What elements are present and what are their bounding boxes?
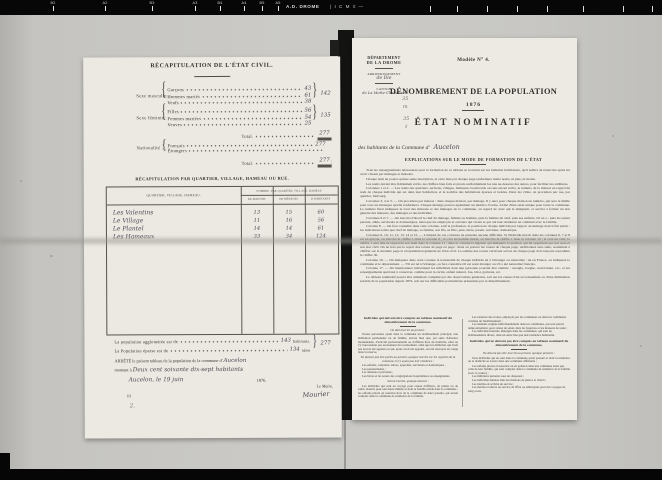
table-row-name: Le Village xyxy=(113,217,143,224)
dust-speck xyxy=(20,180,22,182)
agglomeree-value: 143 xyxy=(281,338,291,344)
column-header-habitants: D'HABITANTS xyxy=(305,197,337,200)
row-value: 25 xyxy=(305,121,312,127)
dotted-leader xyxy=(180,340,279,343)
date-year: 1876. xyxy=(257,378,267,383)
dotted-leader xyxy=(186,88,302,92)
tick-mark-icon xyxy=(487,6,488,12)
subtitle-etat-nominatif: ÉTAT NOMINATIF xyxy=(380,118,567,128)
tick-label: B4 xyxy=(213,1,227,5)
table-cell: 13 xyxy=(241,210,273,216)
column-must-be-counted: Individus qui doivent être comptés au ta… xyxy=(358,316,458,400)
table-cell: 16 xyxy=(273,218,305,224)
binding-crease xyxy=(344,418,346,470)
date-place-hand: Aucelon, le 19 juin xyxy=(129,377,184,383)
tick-label: B3 xyxy=(145,1,159,5)
quartier-section-title: RÉCAPITULATION PAR QUARTIER, VILLAGE, HA… xyxy=(84,175,341,181)
pencil-mark: 2. xyxy=(130,403,135,409)
explanation-paragraph: Colonne 8. — On fera connaître dans cett… xyxy=(360,225,570,233)
tick-mark-icon xyxy=(152,6,153,11)
book-gutter-shadow xyxy=(330,40,339,56)
explanation-paragraph: Colonne 16. — On indiquera dans cette co… xyxy=(360,259,570,267)
table-cell: 60 xyxy=(305,209,337,215)
table-row-name: Le Plantel xyxy=(113,225,144,232)
arrete-commune: Aucelon xyxy=(223,358,246,364)
dotted-leader xyxy=(203,116,302,119)
dotted-leader xyxy=(189,149,324,153)
row-value: 277 xyxy=(315,141,325,147)
rule-text: Toutes personnes ayant dans la commune u… xyxy=(358,333,458,354)
eparse-label: La Population éparse est de xyxy=(114,348,168,353)
tick-mark-icon xyxy=(652,6,653,12)
explanation-paragraph: Le tableau nominatif pourra être utileme… xyxy=(360,276,570,284)
grand-total-value: 277 xyxy=(317,157,331,165)
tick-mark-icon xyxy=(220,6,221,11)
microfilm-scan: B2 A2 B3 A3 B4 A4 B5 A5 A.D. DROME | I C… xyxy=(0,0,662,480)
dotted-leader xyxy=(255,162,315,165)
subtotal-feminin: 135 xyxy=(320,112,330,118)
row-label: Veuves xyxy=(167,122,181,127)
grand-total-label: Total. xyxy=(242,161,254,166)
brace-open-icon: { xyxy=(161,103,166,123)
commune-prefix: des habitants de la Commune d' xyxy=(358,145,430,151)
margin-rule xyxy=(375,68,393,69)
row-label: Hommes mariés xyxy=(167,94,200,99)
column-divider xyxy=(462,319,463,407)
rule-list-item: Les marins et élèves au service de l'Éta… xyxy=(468,386,570,393)
film-tick: B5 xyxy=(255,1,269,11)
table-row-name: Les Valentins xyxy=(113,209,154,216)
dotted-leader xyxy=(181,110,303,114)
dotted-leader xyxy=(170,348,287,352)
film-tick: A4 xyxy=(237,1,251,11)
tick-mark-icon xyxy=(278,6,279,11)
explanation-paragraph: Colonnes 6 et 7. — On inscrira d'abord l… xyxy=(360,217,570,225)
sub-heading: Seront inscrits, quoique absents : xyxy=(358,380,458,384)
year-rule xyxy=(462,110,484,111)
column-header-maisons: DE MAISONS xyxy=(241,197,273,200)
table-cell: 15 xyxy=(273,210,305,216)
title-rule xyxy=(194,76,230,77)
film-tick: A2 xyxy=(98,1,112,11)
dust-speck xyxy=(640,345,642,347)
tick-mark-icon xyxy=(547,6,548,12)
table-cell: 56 xyxy=(305,217,337,223)
explanation-paragraph: Tous les renseignements nécessaires pour… xyxy=(360,169,570,177)
tick-mark-icon xyxy=(623,6,624,12)
rule-text: Les individus qui sont en voyage pour ra… xyxy=(358,385,458,399)
dotted-leader xyxy=(202,94,303,97)
brace-close-icon: } xyxy=(312,335,317,351)
film-tick: B3 xyxy=(145,1,159,11)
eparse-value: 134 xyxy=(290,346,300,352)
montant-line: montant à Deux cent soixante dix-sept ha… xyxy=(115,366,244,373)
montant-value: Deux cent soixante dix-sept habitants xyxy=(133,366,243,372)
row-label: Français xyxy=(168,143,185,148)
row-value: 38 xyxy=(304,99,311,105)
tick-label: A2 xyxy=(98,1,112,5)
left-page-recapitulation: RÉCAPITULATION DE L'ÉTAT CIVIL. Sexe mas… xyxy=(83,56,342,438)
tick-mark-icon xyxy=(244,6,245,11)
tick-mark-icon xyxy=(583,6,584,12)
rule-text: Tous individus qui ne sont dans la commu… xyxy=(468,357,570,364)
brace-open-icon: { xyxy=(161,81,166,101)
dotted-leader xyxy=(187,143,314,147)
table-cell: 14 xyxy=(273,226,305,232)
margin-rule xyxy=(375,83,393,84)
table-cell: 61 xyxy=(305,225,337,231)
rules-columns: Individus qui doivent être comptés au ta… xyxy=(352,316,577,416)
table-cell: 14 xyxy=(241,226,273,232)
arrete-text: ARRÊTÉ le présent tableau de la populati… xyxy=(114,358,222,363)
rule-list-item: Les individus internés, hébergés dans le… xyxy=(468,330,570,337)
census-year: 1876 xyxy=(380,102,567,108)
film-tick: A3 xyxy=(188,1,202,11)
pencil-mark: m xyxy=(127,393,132,399)
dotted-leader xyxy=(184,123,303,127)
row-label: Garçons xyxy=(167,87,184,92)
row-label: Femmes mariées xyxy=(167,116,201,121)
row-value: 61 xyxy=(304,92,311,98)
maire-label: Le Maire, xyxy=(317,383,333,388)
brace-close-icon: } xyxy=(312,83,317,101)
commune-line: des habitants de la Commune d' Aucelon xyxy=(358,136,460,154)
explanations-title: EXPLICATIONS SUR LE MODE DE FORMATION DE… xyxy=(380,157,567,162)
explanation-paragraph: Colonnes 3, 4 et 5. — On procédera par m… xyxy=(360,200,570,216)
quartier-table: QUARTIER, VILLAGE, HAMEAU. NOMBRE, PAR Q… xyxy=(106,185,340,335)
column-not-counted: Les externes des écoles, employés par le… xyxy=(468,316,570,393)
dust-speck xyxy=(50,255,53,257)
dotted-leader xyxy=(181,101,303,105)
model-number-label: Modèle N° 4. xyxy=(380,58,567,63)
row-label: Filles xyxy=(167,109,178,114)
tick-mark-icon xyxy=(517,6,518,12)
heading-rule xyxy=(400,326,416,327)
brace-close-icon: } xyxy=(312,105,317,123)
tick-label: A4 xyxy=(237,1,251,5)
main-title: DÉNOMBREMENT DE LA POPULATION xyxy=(380,87,567,96)
row-value: 43 xyxy=(304,86,311,92)
eparse-unit: idem xyxy=(302,347,311,352)
arrete-line: ARRÊTÉ le présent tableau de la populati… xyxy=(114,358,246,365)
column-header-nombre: NOMBRE, PAR QUARTIER, VILLAGE, HAMEAU xyxy=(241,189,338,192)
brace-open-icon: { xyxy=(162,139,167,153)
table-cell: 11 xyxy=(241,218,273,224)
film-footer-strip xyxy=(0,469,662,480)
column-heading: Individus qui doivent être comptés au ta… xyxy=(358,316,458,324)
table-horizontal-line xyxy=(107,203,338,205)
tick-mark-icon xyxy=(53,6,54,11)
film-tick: B4 xyxy=(213,1,227,11)
total-label: Total. xyxy=(242,134,254,139)
column-heading: Individus qui ne doivent pas être compté… xyxy=(468,339,570,347)
column-header-menages: DE MÉNAGES xyxy=(273,197,305,200)
explanation-paragraph: Colonne 17. — On mentionnera brièvement … xyxy=(360,267,570,275)
maire-signature: Mourier xyxy=(302,390,329,400)
film-tick: A5 xyxy=(271,1,285,11)
column-header-quartier: QUARTIER, VILLAGE, HAMEAU. xyxy=(107,193,241,198)
tick-label: B2 xyxy=(46,1,60,5)
brace-total: 277 xyxy=(320,340,330,346)
row-value: 56 xyxy=(305,108,312,114)
rule-list-item: Les frères et les sœurs des congrégation… xyxy=(358,375,458,379)
total-value: 277 xyxy=(317,130,331,138)
explanation-paragraph: Colonnes 1 et 2. — Les noms des quartier… xyxy=(360,187,570,199)
montant-label: montant à xyxy=(115,367,132,372)
sub-heading: Ne doivent pas être portés au présent, q… xyxy=(358,356,458,363)
film-header-strip: B2 A2 B3 A3 B4 A4 B5 A5 A.D. DROME | I C… xyxy=(0,0,662,15)
agglomeree-unit: habitants. xyxy=(293,339,310,344)
dotted-leader xyxy=(255,135,315,138)
page-title: RÉCAPITULATION DE L'ÉTAT CIVIL. xyxy=(83,62,340,69)
row-label: Étrangers xyxy=(168,148,187,153)
tick-mark-icon xyxy=(195,6,196,11)
dust-speck xyxy=(612,135,614,137)
tick-label: B5 xyxy=(255,1,269,5)
film-tick: B2 xyxy=(46,1,60,11)
film-counter-label: | I C M ≡ — xyxy=(330,4,364,9)
scan-blur-band xyxy=(0,236,662,246)
row-value: 54 xyxy=(305,114,312,120)
tick-label: A5 xyxy=(271,1,285,5)
heading-rule xyxy=(511,349,527,350)
explanations-rule xyxy=(460,164,486,165)
row-label: Veufs xyxy=(167,100,178,105)
agglomeree-label: La population agglomérée est de xyxy=(114,339,178,344)
arrondissement-value: de Die xyxy=(358,76,410,81)
tick-mark-icon xyxy=(105,6,106,11)
commune-name-hand: Aucelon xyxy=(434,143,460,151)
tick-mark-icon xyxy=(430,6,431,12)
tick-mark-icon xyxy=(262,6,263,11)
tick-label: A3 xyxy=(188,1,202,5)
right-page-modele-4: DÉPARTEMENT DE LA DROME ARRONDISSEMENT d… xyxy=(352,38,577,420)
archive-label: A.D. DROME xyxy=(286,4,320,9)
subtotal-masculin: 142 xyxy=(320,90,330,96)
table-horizontal-line xyxy=(241,194,338,195)
tick-mark-icon xyxy=(457,6,458,12)
